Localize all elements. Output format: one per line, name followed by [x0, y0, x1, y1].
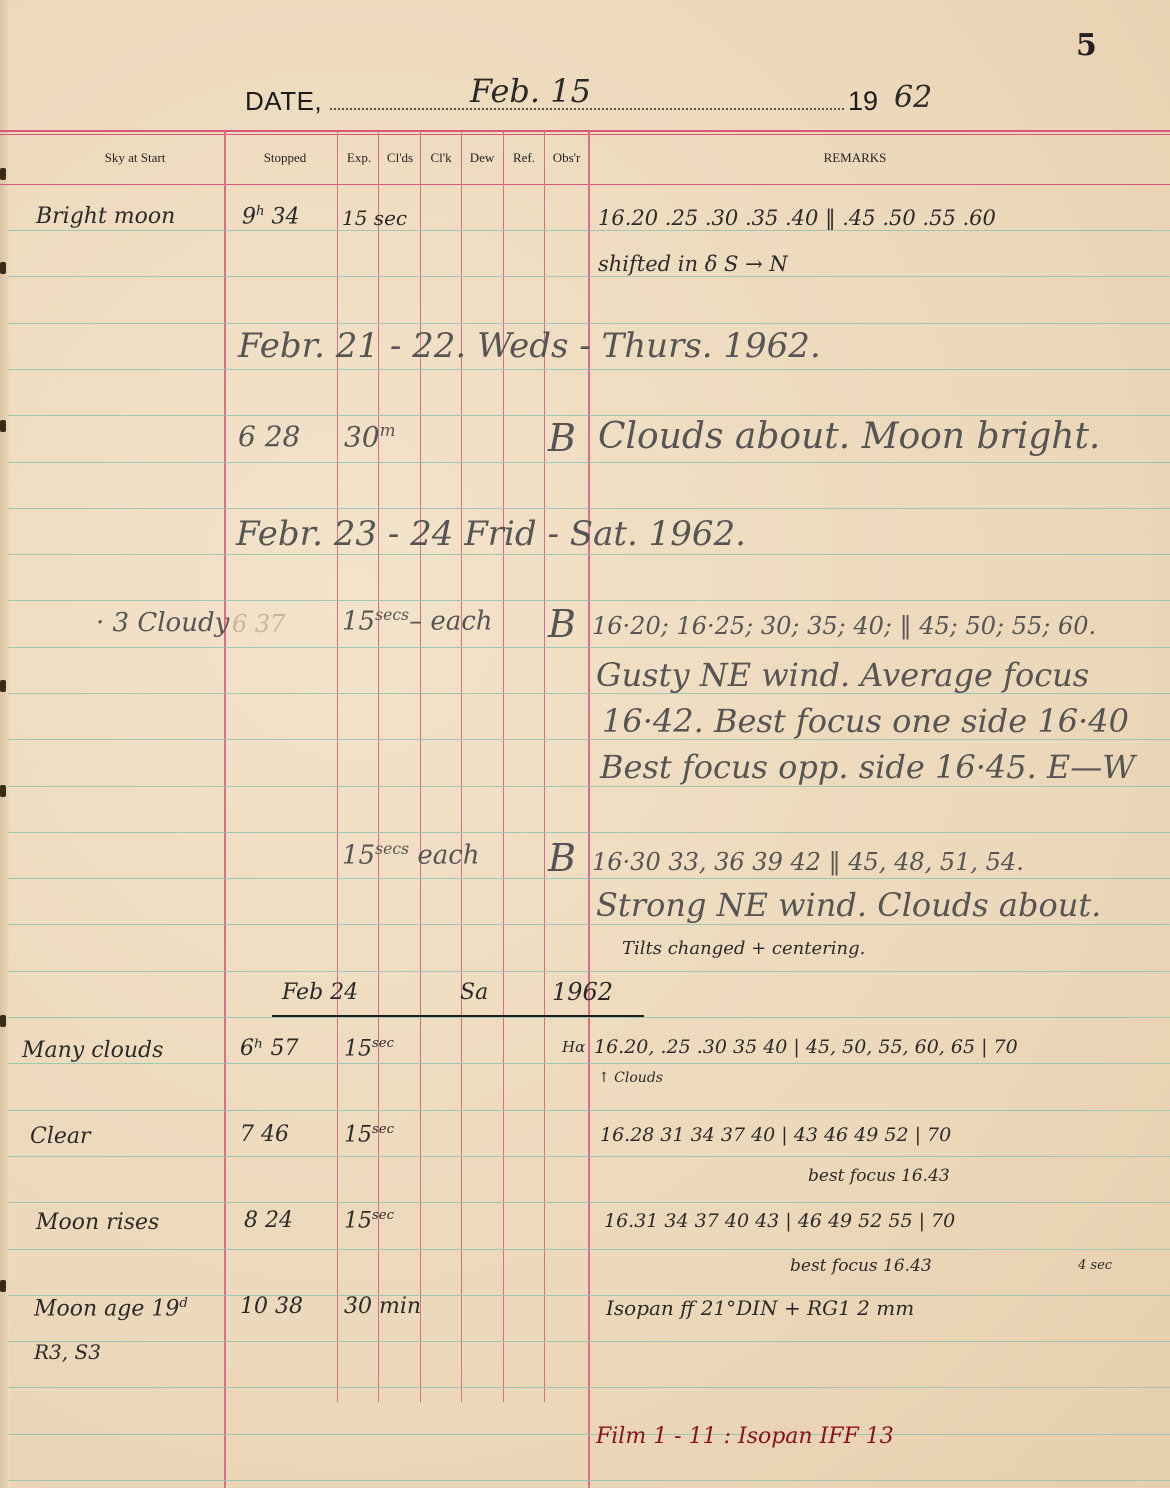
- binding-hole: [0, 680, 6, 692]
- page-binding-edge: [0, 0, 10, 1488]
- ruled-line: [8, 786, 1170, 787]
- column-divider: [224, 132, 226, 1488]
- remarks-clouds-note: ↑ Clouds: [598, 1070, 663, 1086]
- entry-heading: Febr. 23 - 24 Frid - Sat. 1962.: [236, 514, 746, 554]
- exposure-value: 15: [342, 841, 375, 871]
- column-header-dew: Dew: [462, 150, 502, 166]
- year-prefix: 19: [848, 86, 878, 117]
- binding-hole: [0, 785, 6, 797]
- ruled-line: [8, 924, 1170, 925]
- exposure-unit: secs: [375, 840, 409, 858]
- year-suffix: 62: [894, 80, 932, 115]
- column-header-observer: Obs'r: [545, 150, 588, 166]
- sky-moon-rises: Moon rises: [36, 1210, 159, 1235]
- remarks-line: 16·30 33, 36 39 42 ‖ 45, 48, 51, 54.: [592, 848, 1024, 876]
- exposure-unit: secs: [375, 606, 409, 624]
- binding-hole: [0, 1015, 6, 1027]
- entry-heading: Febr. 21 - 22. Weds - Thurs. 1962.: [238, 326, 821, 366]
- ruled-line: [8, 462, 1170, 463]
- ruled-line: [8, 1156, 1170, 1157]
- moon-age-value: Moon age 19: [34, 1296, 179, 1321]
- exposure-unit: sec: [372, 1036, 394, 1051]
- remarks-line: Gusty NE wind. Average focus: [596, 656, 1089, 694]
- exposure-value: 15: [344, 1122, 372, 1147]
- column-header-remarks: REMARKS: [600, 150, 1110, 166]
- exposure: 15secs each: [342, 840, 480, 871]
- stopped-time: 6ʰ 57: [240, 1036, 299, 1061]
- remarks-line: Isopan ff 21°DIN + RG1 2 mm: [606, 1296, 914, 1320]
- exposure-suffix: – each: [409, 607, 492, 637]
- ruled-line: [8, 647, 1170, 648]
- four-sec-note: 4 sec: [1078, 1258, 1112, 1273]
- ruled-line: [8, 832, 1170, 833]
- remarks-line: 16.31 34 37 40 43 | 46 49 52 55 | 70: [604, 1210, 955, 1232]
- ruled-line: [8, 1063, 1170, 1064]
- column-header-clock: Cl'k: [421, 150, 461, 166]
- ruled-line: [8, 1249, 1170, 1250]
- stopped-hour: 9: [242, 204, 256, 229]
- exposure: 30 min: [344, 1294, 421, 1319]
- sky-cloudy: · 3 Cloudy: [96, 608, 229, 638]
- moon-age-unit: d: [179, 1296, 187, 1311]
- ruled-line: [8, 1341, 1170, 1342]
- header-rule-bottom: [0, 184, 1170, 185]
- stopped-time: 10 38: [240, 1294, 303, 1319]
- page-number: 5: [1076, 28, 1097, 63]
- ruled-line: [8, 1434, 1170, 1435]
- remarks-line: 16.20 .25 .30 .35 .40 ‖ .45 .50 .55 .60: [598, 206, 996, 230]
- remarks-line: 16.20, .25 .30 35 40 | 45, 50, 55, 60, 6…: [594, 1036, 1018, 1058]
- exposure-value: 30: [344, 420, 380, 453]
- date-label: DATE,: [245, 86, 322, 117]
- heading-date: Feb 24: [282, 980, 358, 1005]
- exposure-value: 15: [344, 1208, 372, 1233]
- heading-day: Sa: [460, 980, 488, 1005]
- remarks-line: shifted in δ S → N: [598, 252, 788, 276]
- column-header-exp: Exp.: [340, 150, 378, 166]
- stopped-time: 7 46: [240, 1122, 289, 1147]
- observer-h-alpha: Hα: [562, 1038, 585, 1056]
- ruled-line: [8, 508, 1170, 509]
- stopped-time: 6 28: [238, 420, 300, 453]
- ruled-line: [8, 1017, 1170, 1018]
- ruled-line: [8, 1110, 1170, 1111]
- heading-underline: [272, 1015, 644, 1017]
- binding-hole: [0, 262, 6, 274]
- sky-many-clouds: Many clouds: [22, 1038, 163, 1063]
- remarks-line: 16·20; 16·25; 30; 35; 40; ‖ 45; 50; 55; …: [592, 612, 1096, 640]
- column-header-ref: Ref.: [504, 150, 544, 166]
- binding-hole: [0, 1280, 6, 1292]
- exposure: 30m: [344, 420, 396, 453]
- exposure: 15sec: [344, 1122, 394, 1147]
- header-rule-top: [0, 130, 1170, 132]
- ruled-line: [8, 878, 1170, 879]
- stopped-time: 9h 34: [242, 204, 300, 229]
- best-focus-note: best focus 16.43: [808, 1166, 950, 1186]
- sky-moon-age: Moon age 19d: [34, 1296, 188, 1321]
- exposure: 15 sec: [342, 206, 407, 230]
- ruled-line: [8, 369, 1170, 370]
- film-footer-note: Film 1 - 11 : Isopan IFF 13: [596, 1424, 894, 1449]
- stopped-time-faint: 6 37: [232, 610, 285, 638]
- remarks-line: Tilts changed + centering.: [622, 938, 865, 959]
- header-rule-top-2: [0, 134, 1170, 135]
- stopped-minute: 34: [272, 204, 300, 229]
- sky-seeing-note: R3, S3: [34, 1340, 101, 1364]
- exposure-value: 15: [344, 1036, 372, 1061]
- exposure-suffix: each: [409, 841, 479, 871]
- ruled-line: [8, 1387, 1170, 1388]
- column-header-clouds: Cl'ds: [380, 150, 420, 166]
- date-value: Feb. 15: [470, 72, 591, 110]
- best-focus-note: best focus 16.43: [790, 1256, 932, 1276]
- sky-bright-moon: Bright moon: [36, 204, 175, 229]
- exposure: 15secs– each: [342, 606, 493, 637]
- stopped-time: 8 24: [244, 1208, 293, 1233]
- hour-superscript: h: [256, 204, 265, 219]
- ruled-line: [8, 1202, 1170, 1203]
- exposure-value: 15: [342, 607, 375, 637]
- observer-initial: B: [548, 836, 576, 880]
- remarks-line: Strong NE wind. Clouds about.: [596, 886, 1101, 924]
- observer-initial: B: [548, 602, 576, 646]
- remarks-line: Clouds about. Moon bright.: [598, 416, 1100, 457]
- observer-initial: B: [548, 416, 576, 460]
- ruled-line: [8, 276, 1170, 277]
- column-header-stopped: Stopped: [240, 150, 330, 166]
- remarks-line: 16.28 31 34 37 40 | 43 46 49 52 | 70: [600, 1124, 951, 1146]
- remarks-line: Best focus opp. side 16·45. E—W: [600, 748, 1135, 786]
- exposure-unit: sec: [372, 1208, 394, 1223]
- exposure: 15sec: [344, 1036, 394, 1061]
- sky-clear: Clear: [30, 1124, 91, 1149]
- ruled-line: [8, 600, 1170, 601]
- exposure-unit: m: [380, 420, 396, 440]
- ruled-line: [8, 971, 1170, 972]
- ruled-line: [8, 230, 1170, 231]
- binding-hole: [0, 168, 6, 180]
- ruled-line: [8, 323, 1170, 324]
- ruled-line: [8, 1480, 1170, 1481]
- exposure-unit: sec: [372, 1122, 394, 1137]
- remarks-line: 16·42. Best focus one side 16·40: [602, 702, 1129, 740]
- logbook-page: 5 DATE, Feb. 15 19 62 Sky at Start Stopp…: [0, 0, 1170, 1488]
- column-header-sky: Sky at Start: [80, 150, 190, 166]
- ruled-line: [8, 554, 1170, 555]
- exposure: 15sec: [344, 1208, 394, 1233]
- binding-hole: [0, 420, 6, 432]
- heading-year: 1962: [552, 978, 613, 1006]
